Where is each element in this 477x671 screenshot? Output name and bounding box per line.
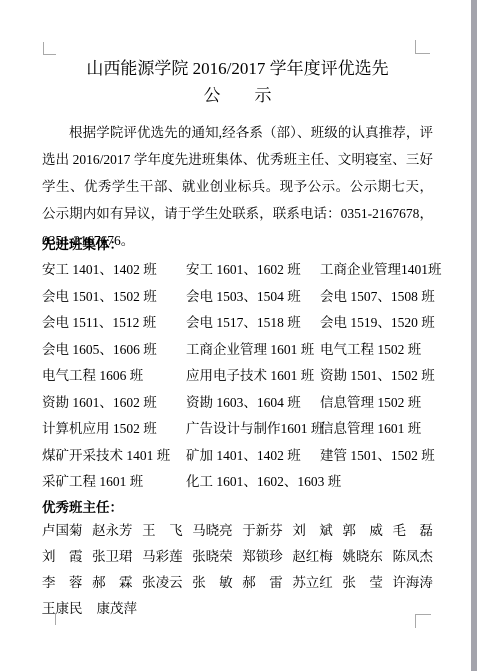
teacher-name: 卢国菊 [42,518,83,544]
teacher-name: 毛 磊 [392,518,433,544]
teacher-name: 康茂萍 [97,596,138,622]
class-item: 会电 1507、1508 班 [320,284,435,311]
teacher-name-row: 李 蓉郝 霖张凌云张 敏郝 雷苏立红张 莹许海涛 [42,570,433,596]
class-item: 会电 1511、1512 班 [42,310,186,337]
teacher-name: 郭 威 [342,518,383,544]
teacher-name: 李 蓉 [42,570,83,596]
teacher-name: 刘 霞 [42,544,83,570]
teacher-name: 许海涛 [392,570,433,596]
advanced-classes-heading: 先进班集体： [42,231,123,258]
teacher-name: 张卫珺 [92,544,133,570]
class-row: 安工 1401、1402 班安工 1601、1602 班工商企业管理1401班 [42,257,433,284]
class-row: 煤矿开采技术 1401 班矿加 1401、1402 班建管 1501、1502 … [42,443,433,470]
class-item: 电气工程 1606 班 [42,363,186,390]
teacher-name: 陈凤杰 [392,544,433,570]
class-row: 会电 1501、1502 班会电 1503、1504 班会电 1507、1508… [42,284,433,311]
teacher-name: 马彩莲 [142,544,183,570]
class-item: 矿加 1401、1402 班 [186,443,320,470]
document-title-line2: 公 示 [42,82,433,109]
class-item: 建管 1501、1502 班 [320,443,435,470]
class-item: 安工 1601、1602 班 [186,257,320,284]
teacher-rows: 卢国菊赵永芳王 飞马晓亮于新芬刘 斌郭 威毛 磊刘 霞张卫珺马彩莲张晓荣郑锁珍赵… [42,518,433,622]
class-item: 会电 1501、1502 班 [42,284,186,311]
class-item: 信息管理 1601 班 [320,416,433,443]
class-row: 会电 1605、1606 班工商企业管理 1601 班电气工程 1502 班 [42,337,433,364]
teacher-name-row: 卢国菊赵永芳王 飞马晓亮于新芬刘 斌郭 威毛 磊 [42,518,433,544]
class-item: 电气工程 1502 班 [320,337,433,364]
class-item: 工商企业管理1401班 [320,257,442,284]
class-item: 安工 1401、1402 班 [42,257,186,284]
excellent-teachers-heading: 优秀班主任： [42,494,123,521]
class-row: 计算机应用 1502 班广告设计与制作1601 班信息管理 1601 班 [42,416,433,443]
class-row: 采矿工程 1601 班化工 1601、1602、1603 班 [42,469,433,496]
class-row: 会电 1511、1512 班会电 1517、1518 班会电 1519、1520… [42,310,433,337]
class-item: 应用电子技术 1601 班 [186,363,320,390]
class-item: 会电 1517、1518 班 [186,310,320,337]
teacher-name: 姚晓东 [342,544,383,570]
class-item: 资勘 1601、1602 班 [42,390,186,417]
class-item: 煤矿开采技术 1401 班 [42,443,186,470]
class-item: 资勘 1501、1502 班 [320,363,435,390]
teacher-name-row: 刘 霞张卫珺马彩莲张晓荣郑锁珍赵红梅姚晓东陈凤杰 [42,544,433,570]
teacher-name: 张凌云 [142,570,183,596]
teacher-name: 张晓荣 [192,544,233,570]
teacher-name: 王 飞 [142,518,183,544]
teacher-name: 马晓亮 [192,518,233,544]
teacher-name: 赵红梅 [292,544,333,570]
teacher-name: 赵永芳 [92,518,133,544]
class-row: 电气工程 1606 班应用电子技术 1601 班资勘 1501、1502 班 [42,363,433,390]
class-item: 化工 1601、1602、1603 班 [186,469,320,496]
class-row: 资勘 1601、1602 班资勘 1603、1604 班信息管理 1502 班 [42,390,433,417]
teacher-name: 张 敏 [192,570,233,596]
document-title-line1: 山西能源学院 2016/2017 学年度评优选先 [42,55,433,82]
teacher-name: 苏立红 [292,570,333,596]
margin-crop-mark-top-right [415,40,430,54]
class-item: 会电 1503、1504 班 [186,284,320,311]
document-title: 山西能源学院 2016/2017 学年度评优选先 公 示 [42,55,433,109]
class-item: 会电 1605、1606 班 [42,337,186,364]
class-item [320,469,433,496]
teacher-name: 刘 斌 [292,518,333,544]
teacher-name: 于新芬 [242,518,283,544]
class-item: 信息管理 1502 班 [320,390,433,417]
teacher-name: 郝 雷 [242,570,283,596]
teacher-name: 郝 霖 [92,570,133,596]
teacher-name: 张 莹 [342,570,383,596]
class-item: 资勘 1603、1604 班 [186,390,320,417]
class-item: 采矿工程 1601 班 [42,469,186,496]
class-item: 会电 1519、1520 班 [320,310,435,337]
teacher-name-row: 王康民康茂萍 [42,596,433,622]
window-background-edge [471,0,477,671]
class-item: 工商企业管理 1601 班 [186,337,320,364]
class-item: 计算机应用 1502 班 [42,416,186,443]
teacher-name: 郑锁珍 [242,544,283,570]
advanced-classes-grid: 安工 1401、1402 班安工 1601、1602 班工商企业管理1401班会… [42,257,433,496]
margin-crop-mark-top-left [43,42,56,55]
class-item: 广告设计与制作1601 班 [186,416,320,443]
teacher-name: 王康民 [42,596,83,622]
